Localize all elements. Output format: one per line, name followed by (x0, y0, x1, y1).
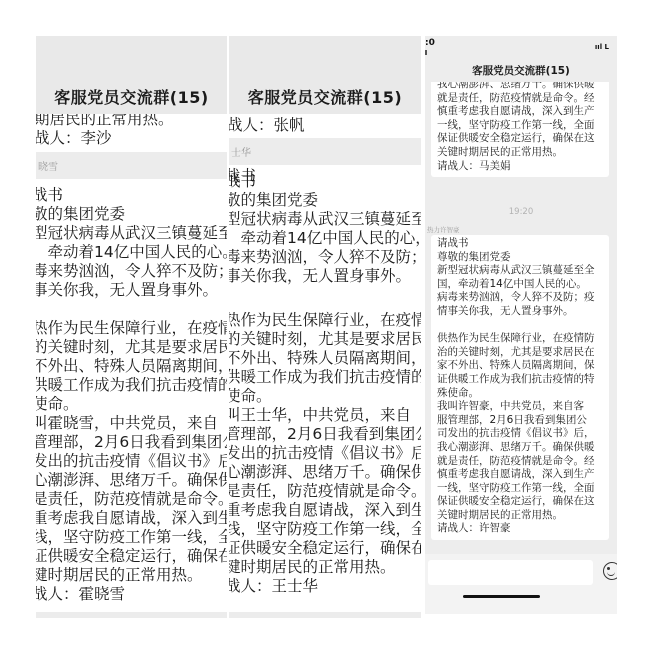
status-bar: :0 ııl L (425, 36, 617, 58)
message-text-line: 型冠状病毒从武汉三镇蔓延至 (36, 224, 227, 243)
message-text-line: 管理部，2月6日我看到集团公 (229, 425, 421, 444)
message-text-line: 敬的集团党委 (229, 191, 318, 210)
message-text-line: 关键时期居民的正常用热。 (437, 146, 603, 160)
message-text-line: 叫王士华，中共党员，来自 (229, 406, 411, 425)
message-input[interactable] (428, 560, 593, 585)
message-text-line: 使命。 (36, 395, 79, 414)
message-text-line: 尊敬的集团党委 (437, 251, 603, 265)
message-signature: 战人：李沙 (36, 129, 112, 148)
blank-line (437, 319, 603, 333)
sender-name: 热力许智豪 (427, 225, 460, 234)
message-text-line: 服管理部，2月6日我看到集团公 (437, 414, 603, 428)
message-text-line: 不外出、特殊人员隔离期间， (229, 349, 421, 368)
chat-screenshot-1: 客服党员交流群(15) 期居民的正常用热。 战人：李沙 晓雪 战书 敬的集团党委… (36, 36, 227, 618)
message-bubble[interactable]: 请战书 尊敬的集团党委 新型冠状病毒从武汉三镇蔓延至全 国，牵动着14亿中国人民… (431, 235, 609, 540)
message-text-line: ，牵动着14亿中国人民的心。 (36, 243, 227, 262)
home-indicator[interactable] (463, 595, 540, 598)
group-title: 客服党员交流群(15) (425, 63, 617, 78)
message-text-line: 我叫许智豪，中共党员，来自客 (437, 400, 603, 414)
chat-header: 客服党员交流群(15) (425, 58, 617, 82)
input-bar (425, 554, 617, 614)
message-text-line: 是责任，防范疫情就是命令。 (36, 490, 227, 509)
message-text-line: 叫霍晓雪，中共党员，来自 (36, 414, 218, 433)
chat-screenshot-3: :0 ııl L 客服党员交流群(15) 我心潮澎湃、思绪万千。确保供暖 就是责… (425, 36, 617, 614)
signal-icon: ııl L (595, 43, 609, 51)
message-text-line: 供热作为民生保障行业，在疫情防 (437, 332, 603, 346)
message-text-line: 战书 (229, 172, 256, 191)
message-signature: 请战人：马美娟 (437, 160, 603, 174)
message-text-line: 重考虑我自愿请战，深入到生 (36, 509, 227, 528)
message-text-line: 使命。 (229, 387, 272, 406)
message-text-line: 请战书 (437, 237, 603, 251)
message-text-line: 不外出、特殊人员隔离期间， (36, 357, 227, 376)
chat-header: 客服党员交流群(15) (36, 36, 227, 114)
message-text-line: 就是责任，防范疫情就是命令。经 (437, 92, 603, 106)
message-text-line: ，牵动着14亿中国人民的心， (229, 229, 421, 248)
message-text-line: 管理部，2月6日我看到集团公 (36, 433, 227, 452)
message-text-line: 线，坚守防疫工作第一线，全 (229, 520, 421, 539)
message-text-line: 慎重考虑我自愿请战，深入到生产 (437, 468, 603, 482)
message-text-line: 重考虑我自愿请战，深入到生 (229, 501, 421, 520)
message-text-line: 证供暖工作成为我们抗击疫情的特 (437, 373, 603, 387)
message-text-line: 的关键时刻，尤其是要求居民 (36, 338, 227, 357)
sender-name: 晓雪 (38, 158, 58, 173)
message-text-line: 关键时期居民的正常用热。 (437, 509, 603, 523)
message-text-line: 司发出的抗击疫情《倡议书》后， (437, 427, 603, 441)
message-text-line: 键时期居民的正常用热。 (229, 558, 396, 577)
message-text-line: 心潮澎湃、思绪万千。确保供 (36, 471, 227, 490)
message-text-line: 事关你我，无人置身事外。 (36, 281, 218, 300)
message-bubble[interactable]: 我心潮澎湃、思绪万千。确保供暖 就是责任，防范疫情就是命令。经 慎重考虑我自愿请… (431, 76, 609, 177)
emoji-icon[interactable] (603, 562, 617, 580)
message-text-line: 我心潮澎湃、思绪万千。确保供暖 (437, 441, 603, 455)
message-text-line: 国，牵动着14亿中国人民的心。 (437, 278, 603, 292)
sender-name: 士华 (231, 144, 251, 159)
message-text-line: 情事关你我，无人置身事外。 (437, 305, 603, 319)
message-text-line: 病毒来势汹汹，令人猝不及防；疫 (437, 291, 603, 305)
group-title: 客服党员交流群(15) (229, 85, 421, 108)
message-text-line: 家不外出、特殊人员隔离期间，保 (437, 359, 603, 373)
message-text-line: 供暖工作成为我们抗击疫情的 (229, 368, 421, 387)
message-text-line: 一线，坚守防疫工作第一线，全面 (437, 482, 603, 496)
message-signature: 请战人：许智豪 (437, 522, 603, 536)
message-text-line: 战书 (36, 186, 63, 205)
message-text-line: 事关你我，无人置身事外。 (229, 267, 411, 286)
status-indicator (425, 50, 427, 55)
message-text-line: 热作为民生保障行业，在疫情 (229, 311, 421, 330)
message-text-line: 是责任，防范疫情就是命令。 (229, 482, 421, 501)
message-text-line: 新型冠状病毒从武汉三镇蔓延至全 (437, 264, 603, 278)
message-text-line: 线，坚守防疫工作第一线，全 (36, 528, 227, 547)
chat-header: 客服党员交流群(15) (229, 36, 421, 114)
message-text-line: 证供暖安全稳定运行，确保在 (36, 547, 227, 566)
group-title: 客服党员交流群(15) (36, 85, 227, 108)
message-text-line: 治的关键时刻，尤其是要求居民在 (437, 346, 603, 360)
message-text-line: 殊使命。 (437, 387, 603, 401)
sender-name-bar: 晓雪 (36, 152, 227, 179)
message-text-line: 的关键时刻，尤其是要求居民 (229, 330, 421, 349)
divider (229, 612, 421, 618)
message-text-line: 就是责任，防范疫情就是命令。经 (437, 455, 603, 469)
message-text-line: 一线，坚守防疫工作第一线，全面 (437, 119, 603, 133)
message-text-line: 型冠状病毒从武汉三镇蔓延至 (229, 210, 421, 229)
message-text-line: 毒来势汹汹，令人猝不及防； (36, 262, 227, 281)
message-text-line: 热作为民生保障行业，在疫情 (36, 319, 227, 338)
message-signature: 战人：王士华 (229, 577, 318, 596)
message-text-line: 慎重考虑我自愿请战，深入到生产 (437, 105, 603, 119)
message-text-line: 证供暖安全稳定运行，确保在 (229, 539, 421, 558)
chat-screenshot-2: 客服党员交流群(15) 战人：张帆 战书 士华 战书 敬的集团党委 型冠状病毒从… (229, 36, 421, 618)
message-timestamp: 19:20 (425, 207, 617, 217)
message-text-line: 发出的抗击疫情《倡议书》后 (229, 444, 421, 463)
message-text-line: 毒来势汹汹，令人猝不及防； (229, 248, 421, 267)
divider (36, 612, 227, 618)
message-signature: 战人：霍晓雪 (36, 585, 125, 604)
message-signature: 战人：张帆 (229, 116, 305, 135)
sender-name-bar: 士华 (229, 138, 421, 165)
message-text-line: 保证供暖安全稳定运行，确保在这 (437, 495, 603, 509)
status-time: :0 (425, 38, 435, 48)
message-text-line: 心潮澎湃、思绪万千。确保供 (229, 463, 421, 482)
message-text-line: 发出的抗击疫情《倡议书》后 (36, 452, 227, 471)
message-text-line: 供暖工作成为我们抗击疫情的 (36, 376, 227, 395)
message-text-line: 键时期居民的正常用热。 (36, 566, 203, 585)
message-text-line: 保证供暖安全稳定运行，确保在这 (437, 132, 603, 146)
message-text-line: 敬的集团党委 (36, 205, 125, 224)
